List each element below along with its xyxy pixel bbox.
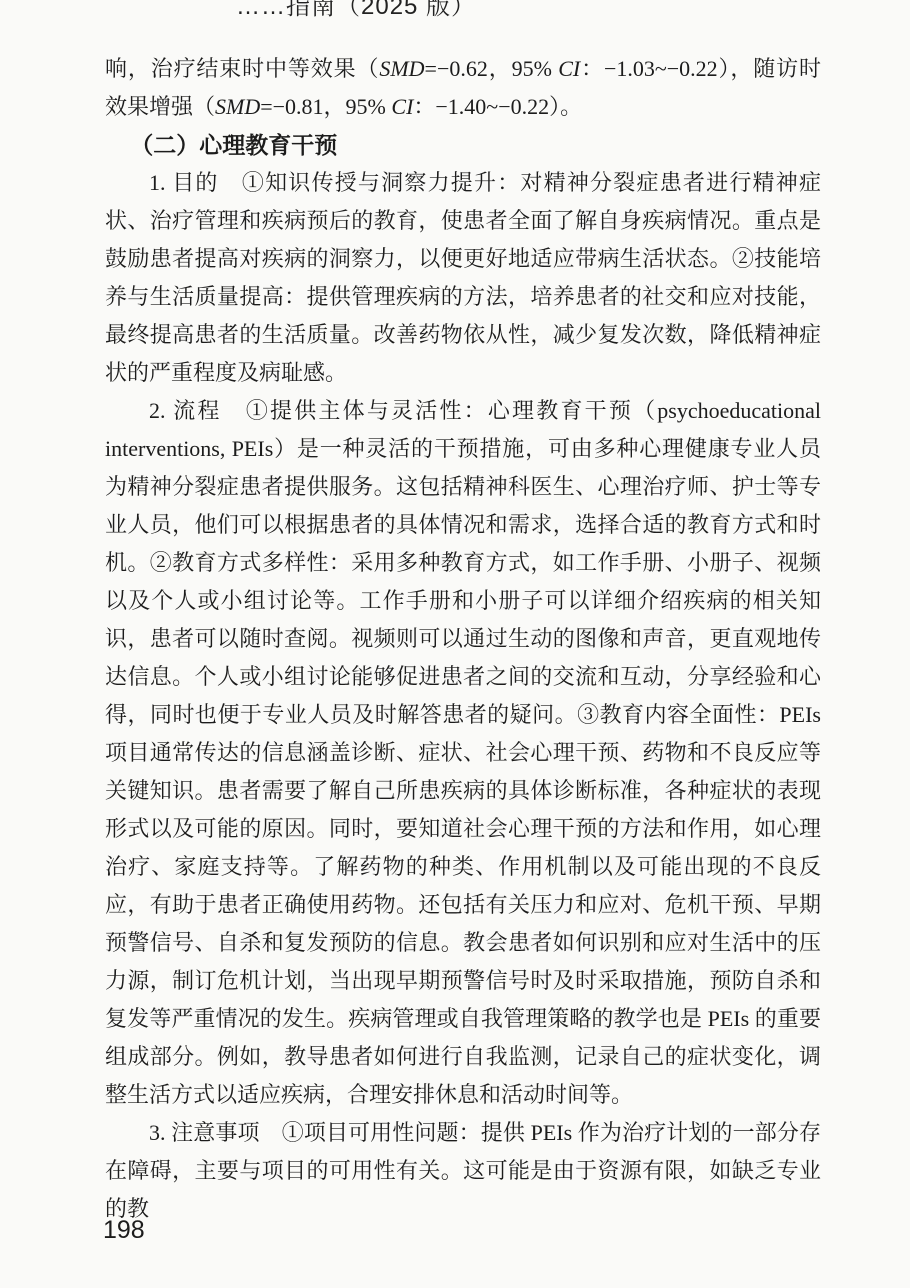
- running-header: ……指南（2025 版）: [236, 0, 476, 26]
- book-page: ……指南（2025 版） 响，治疗结束时中等效果（SMD=−0.62，95% C…: [0, 0, 910, 1288]
- paragraph-effect-sizes: 响，治疗结束时中等效果（SMD=−0.62，95% CI：−1.03~−0.22…: [105, 50, 821, 126]
- page-body: 响，治疗结束时中等效果（SMD=−0.62，95% CI：−1.03~−0.22…: [105, 50, 821, 1228]
- paragraph-process: 2. 流程 ①提供主体与灵活性：心理教育干预（psychoeducational…: [105, 392, 821, 1114]
- paragraph-precautions: 3. 注意事项 ①项目可用性问题：提供 PEIs 作为治疗计划的一部分存在障碍，…: [105, 1114, 821, 1228]
- paragraph-purpose: 1. 目的 ①知识传授与洞察力提升：对精神分裂症患者进行精神症状、治疗管理和疾病…: [105, 164, 821, 392]
- page-number: 198: [103, 1215, 145, 1245]
- section-heading-psychoeducation: （二）心理教育干预: [105, 126, 821, 164]
- running-header-text: ……指南（2025 版）: [236, 0, 476, 21]
